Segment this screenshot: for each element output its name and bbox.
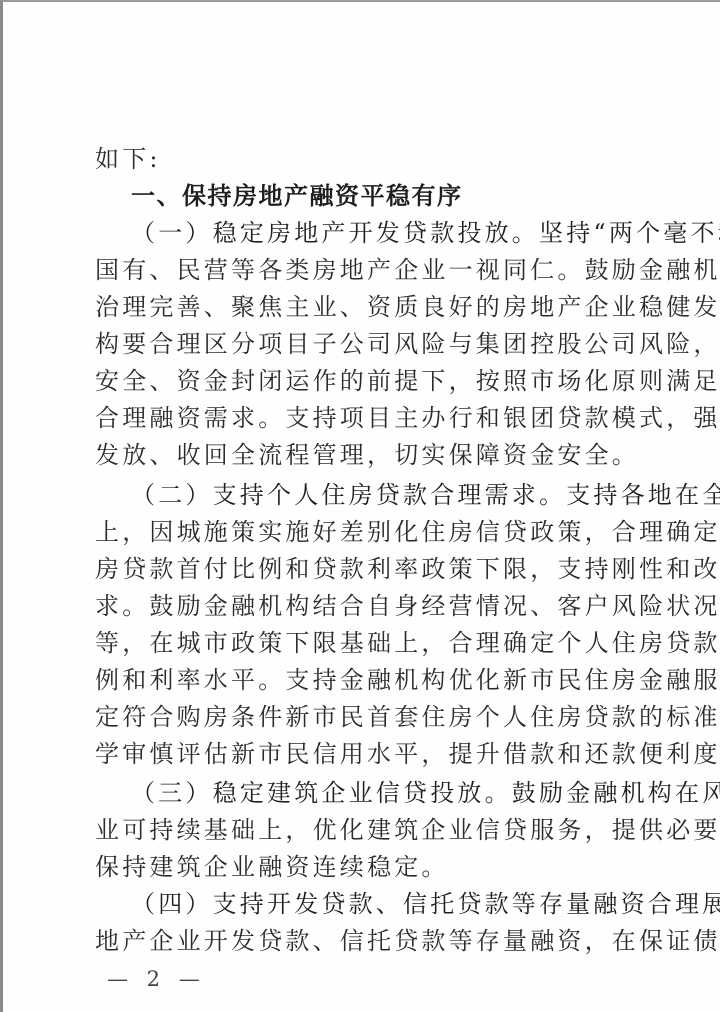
paragraph-line: （一）稳定房地产开发贷款投放。坚持“两个毫不动摇”，对 — [131, 218, 655, 248]
paragraph-line: 业可持续基础上，优化建筑企业信贷服务，提供必要的贷款支持， — [95, 815, 655, 845]
paragraph-line: 地产企业开发贷款、信托贷款等存量融资，在保证债权安全的前 — [95, 926, 655, 956]
paragraph-line: （二）支持个人住房贷款合理需求。支持各地在全国政策基础 — [131, 480, 655, 510]
paragraph-line: 上，因城施策实施好差别化住房信贷政策，合理确定当地个人住 — [95, 517, 655, 547]
paragraph-line: 等，在城市政策下限基础上，合理确定个人住房贷款具体首付比 — [95, 628, 655, 658]
document-page: 如下: 一、保持房地产融资平稳有序 （一）稳定房地产开发贷款投放。坚持“两个毫不… — [0, 0, 720, 1012]
paragraph-line: 安全、资金封闭运作的前提下，按照市场化原则满足房地产项目 — [95, 366, 655, 396]
paragraph-line: 学审慎评估新市民信用水平，提升借款和还款便利度。 — [95, 739, 655, 769]
paragraph-line: 例和利率水平。支持金融机构优化新市民住房金融服务，合理确 — [95, 665, 655, 695]
paragraph-line: （四）支持开发贷款、信托贷款等存量融资合理展期。对于房 — [131, 889, 655, 919]
paragraph-line: （三）稳定建筑企业信贷投放。鼓励金融机构在风险可控、商 — [131, 778, 655, 808]
paragraph-line: 定符合购房条件新市民首套住房个人住房贷款的标准，多维度科 — [95, 702, 655, 732]
paragraph-line: 求。鼓励金融机构结合自身经营情况、客户风险状况和信贷条件 — [95, 591, 655, 621]
paragraph-line: 房贷款首付比例和贷款利率政策下限，支持刚性和改善性住房需 — [95, 554, 655, 584]
paragraph-line: 发放、收回全流程管理，切实保障资金安全。 — [95, 440, 655, 470]
intro-text: 如下: — [95, 144, 655, 174]
paragraph-line: 合理融资需求。支持项目主办行和银团贷款模式，强化贷款审批、 — [95, 403, 655, 433]
page-number: — 2 — — [107, 967, 206, 991]
paragraph-line: 构要合理区分项目子公司风险与集团控股公司风险，在保证债权 — [95, 329, 655, 359]
paragraph-line: 国有、民营等各类房地产企业一视同仁。鼓励金融机构重点支持 — [95, 255, 655, 285]
section-heading: 一、保持房地产融资平稳有序 — [131, 181, 655, 211]
paragraph-line: 治理完善、聚焦主业、资质良好的房地产企业稳健发展。金融机 — [95, 292, 655, 322]
paragraph-line: 保持建筑企业融资连续稳定。 — [95, 852, 655, 882]
